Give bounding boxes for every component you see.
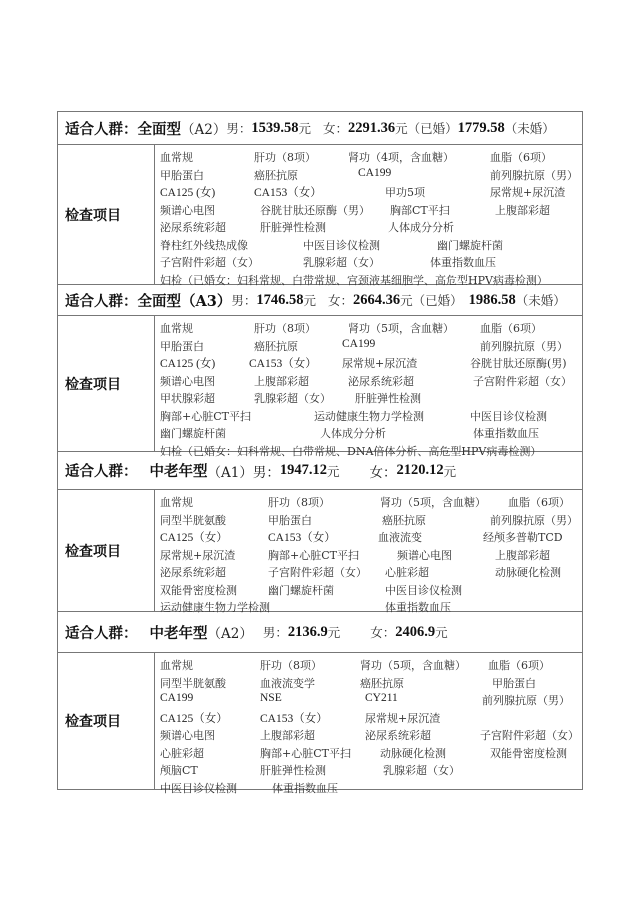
female-label: 女：	[328, 291, 353, 309]
item: CY211	[365, 692, 398, 704]
items-line: 脊柱红外线热成像中医目诊仪检测幽门螺旋杆菌	[160, 235, 582, 253]
item: 乳腺彩超（女）	[383, 762, 460, 778]
item: 子宫附件彩超（女）	[268, 564, 367, 580]
items-line: 甲胎蛋白癌胚抗原CA199前列腺抗原（男）	[160, 336, 582, 354]
male-label: 男：	[231, 291, 256, 309]
package-header-senior-a2: 适合人群： 中老年型 （A2） 男： 2136.9 元 女： 2406.9 元	[58, 612, 582, 653]
items-label: 检查项目	[58, 145, 155, 284]
item: 颅脑CT	[160, 762, 198, 778]
item: 尿常规+尿沉渣	[160, 547, 235, 563]
item: CA153（女）	[254, 184, 322, 200]
item: CA199	[160, 692, 193, 704]
items-line: 子宫附件彩超（女）乳腺彩超（女）体重指数血压	[160, 252, 582, 270]
items-line: 同型半胱氨酸血液流变学癌胚抗原甲胎蛋白	[160, 673, 582, 691]
female-price-married: 2291.36	[348, 120, 395, 137]
item: 上腹部彩超	[254, 373, 309, 389]
items-line: 中医目诊仪检测体重指数血压	[160, 778, 582, 796]
items-line: CA125（女）CA153（女）血液流变经颅多普勒TCD	[160, 527, 582, 545]
items-line: 血常规肝功（8项）肾功（5项，含血糖）血脂（6项）	[160, 655, 582, 673]
item: CA125 (女)	[160, 184, 215, 200]
items-line: 颅脑CT肝脏弹性检测乳腺彩超（女）	[160, 760, 582, 778]
item: 谷胱甘肽还原酶(男)	[470, 355, 567, 371]
male-label: 男：	[253, 461, 280, 481]
item: 心脏彩超	[385, 564, 429, 580]
items-line: 泌尿系统彩超子宫附件彩超（女）心脏彩超动脉硬化检测	[160, 562, 582, 580]
items-label: 检查项目	[58, 490, 155, 611]
item: 乳腺彩超（女）	[254, 390, 331, 406]
package-code: （A2）	[208, 622, 253, 642]
item: 癌胚抗原	[254, 338, 298, 354]
item: 同型半胱氨酸	[160, 675, 226, 691]
unmarried-suffix: （未婚）	[505, 119, 555, 137]
item: 胸部+心脏CT平扫	[160, 408, 251, 424]
target-group-label: 适合人群：	[65, 460, 138, 481]
items-line: 双能骨密度检测幽门螺旋杆菌中医目诊仪检测	[160, 580, 582, 598]
item: 人体成分分析	[388, 219, 454, 235]
items-line: 尿常规+尿沉渣胸部+心脏CT平扫频谱心电图上腹部彩超	[160, 545, 582, 563]
item: 谷胱甘肽还原酶（男）	[260, 202, 370, 218]
item: 尿常规+尿沉渣	[365, 710, 440, 726]
item: 双能骨密度检测	[490, 745, 567, 761]
item: 甲胎蛋白	[160, 167, 204, 183]
male-label: 男：	[263, 623, 288, 641]
package-code: （A2）	[181, 118, 226, 138]
items-line: 妇检（已婚女：妇科常规、白带常规、DNA倍体分析、高危型HPV病毒检测）	[160, 441, 582, 459]
female-label: 女：	[323, 119, 348, 137]
item: 体重指数血压	[272, 780, 338, 796]
item: 脊柱红外线热成像	[160, 237, 248, 253]
item: 血常规	[160, 149, 193, 165]
price-unit: 元	[328, 623, 341, 641]
items-row-comprehensive-a3: 检查项目 血常规肝功（8项）肾功（5项，含血糖）血脂（6项） 甲胎蛋白癌胚抗原C…	[58, 316, 582, 452]
female-price: 2406.9	[395, 624, 435, 641]
item: 血常规	[160, 494, 193, 510]
item: 肾功（5项，含血糖）	[380, 494, 486, 510]
item: 肝脏弹性检测	[260, 219, 326, 235]
item: 血液流变学	[260, 675, 315, 691]
item: 肝功（8项）	[268, 494, 330, 510]
item: 运动健康生物力学检测	[160, 599, 270, 615]
item: 人体成分分析	[320, 425, 386, 441]
item: 幽门螺旋杆菌	[268, 582, 334, 598]
item: 频谱心电图	[160, 202, 215, 218]
item: 中医目诊仪检测	[385, 582, 462, 598]
package-name: 中老年型	[150, 622, 208, 643]
price-unit: 元	[444, 462, 457, 480]
item: 肾功（5项，含血糖）	[360, 657, 466, 673]
item: 胸部+心脏CT平扫	[268, 547, 359, 563]
items-line: 甲状腺彩超乳腺彩超（女）肝脏弹性检测	[160, 388, 582, 406]
items-line: 同型半胱氨酸甲胎蛋白癌胚抗原前列腺抗原（男）	[160, 510, 582, 528]
item: CA153（女）	[260, 710, 328, 726]
item: 肝脏弹性检测	[355, 390, 421, 406]
items-label: 检查项目	[58, 316, 155, 451]
item: 泌尿系统彩超	[348, 373, 414, 389]
items-row-senior-a2: 检查项目 血常规肝功（8项）肾功（5项，含血糖）血脂（6项） 同型半胱氨酸血液流…	[58, 653, 582, 790]
items-line: 泌尿系统彩超肝脏弹性检测人体成分分析	[160, 217, 582, 235]
item: 前列腺抗原（男）	[482, 692, 570, 708]
item: 尿常规+尿沉渣	[490, 184, 565, 200]
items-line: 幽门螺旋杆菌人体成分分析体重指数血压	[160, 423, 582, 441]
items-line: CA199NSECY211前列腺抗原（男）	[160, 690, 582, 708]
item: 肾功（4项，含血糖）	[348, 149, 454, 165]
items-line: CA125 (女)CA153（女）甲功5项尿常规+尿沉渣	[160, 182, 582, 200]
item: 胸部+心脏CT平扫	[260, 745, 351, 761]
item: 子宫附件彩超（女）	[160, 254, 259, 270]
item: NSE	[260, 692, 282, 704]
items-line: CA125 (女)CA153（女）尿常规+尿沉渣谷胱甘肽还原酶(男)	[160, 353, 582, 371]
package-name: 全面型	[138, 118, 182, 139]
item: 乳腺彩超（女）	[303, 254, 380, 270]
item: 胸部CT平扫	[390, 202, 450, 218]
target-group-label: 适合人群：	[65, 622, 138, 643]
item: 体重指数血压	[473, 425, 539, 441]
female-price-unmarried: 1779.58	[458, 120, 505, 137]
item: CA125 (女)	[160, 355, 215, 371]
items-line: 胸部+心脏CT平扫运动健康生物力学检测中医目诊仪检测	[160, 406, 582, 424]
package-name: 中老年型	[150, 460, 208, 481]
male-price: 1947.12	[280, 462, 327, 479]
item: 泌尿系统彩超	[160, 219, 226, 235]
items-row-senior-a1: 检查项目 血常规肝功（8项）肾功（5项，含血糖）血脂（6项） 同型半胱氨酸甲胎蛋…	[58, 490, 582, 612]
item: 甲胎蛋白	[492, 675, 536, 691]
items-line: 频谱心电图上腹部彩超泌尿系统彩超子宫附件彩超（女）	[160, 371, 582, 389]
item: 肝功（8项）	[254, 320, 316, 336]
item: 血液流变	[378, 529, 422, 545]
items-list: 血常规肝功（8项）肾功（5项，含血糖）血脂（6项） 同型半胱氨酸甲胎蛋白癌胚抗原…	[155, 490, 582, 611]
items-line: 妇检（已婚女：妇科常规、白带常规、宫颈液基细胞学、高危型HPV病毒检测）	[160, 270, 582, 288]
items-list: 血常规肝功（8项）肾功（4项，含血糖）血脂（6项） 甲胎蛋白癌胚抗原CA199前…	[155, 145, 582, 284]
package-header-comprehensive-a3: 适合人群： 全面型（A3） 男： 1746.58 元 女： 2664.36 元（…	[58, 285, 582, 316]
item: 癌胚抗原	[382, 512, 426, 528]
female-label: 女：	[370, 623, 395, 641]
item: 中医目诊仪检测	[303, 237, 380, 253]
male-price: 2136.9	[288, 624, 328, 641]
item: 频谱心电图	[160, 373, 215, 389]
item: 血脂（6项）	[480, 320, 542, 336]
male-price: 1746.58	[256, 292, 303, 309]
item: 血常规	[160, 320, 193, 336]
item: 甲胎蛋白	[268, 512, 312, 528]
items-line: 心脏彩超胸部+心脏CT平扫动脉硬化检测双能骨密度检测	[160, 743, 582, 761]
item: 甲功5项	[385, 184, 425, 200]
item: 运动健康生物力学检测	[314, 408, 424, 424]
item: 妇检（已婚女：妇科常规、白带常规、DNA倍体分析、高危型HPV病毒检测）	[160, 443, 541, 459]
item: 甲状腺彩超	[160, 390, 215, 406]
item: 尿常规+尿沉渣	[342, 355, 417, 371]
item: 前列腺抗原（男）	[490, 512, 578, 528]
items-label: 检查项目	[58, 653, 155, 789]
item: 心脏彩超	[160, 745, 204, 761]
item: 肝脏弹性检测	[260, 762, 326, 778]
item: 频谱心电图	[160, 727, 215, 743]
items-line: 运动健康生物力学检测体重指数血压	[160, 597, 582, 615]
female-label: 女：	[369, 461, 396, 481]
item: 甲胎蛋白	[160, 338, 204, 354]
target-group-label: 适合人群：	[65, 290, 138, 311]
items-line: CA125（女）CA153（女）尿常规+尿沉渣	[160, 708, 582, 726]
items-line: 甲胎蛋白癌胚抗原CA199前列腺抗原（男）	[160, 165, 582, 183]
item: CA199	[342, 338, 375, 350]
item: 中医目诊仪检测	[470, 408, 547, 424]
female-price: 2120.12	[396, 462, 443, 479]
married-suffix: 元（已婚）	[400, 291, 463, 309]
unmarried-suffix: （未婚）	[516, 291, 566, 309]
item: 肾功（5项，含血糖）	[348, 320, 454, 336]
item: 肝功（8项）	[254, 149, 316, 165]
female-price-married: 2664.36	[353, 292, 400, 309]
item: 中医目诊仪检测	[160, 780, 237, 796]
items-line: 频谱心电图上腹部彩超泌尿系统彩超子宫附件彩超（女）	[160, 725, 582, 743]
items-line: 血常规肝功（8项）肾功（5项，含血糖）血脂（6项）	[160, 318, 582, 336]
item: 前列腺抗原（男）	[480, 338, 568, 354]
item: 子宫附件彩超（女）	[480, 727, 579, 743]
item: 子宫附件彩超（女）	[473, 373, 572, 389]
items-row-comprehensive-a2: 检查项目 血常规肝功（8项）肾功（4项，含血糖）血脂（6项） 甲胎蛋白癌胚抗原C…	[58, 145, 582, 285]
items-line: 频谱心电图谷胱甘肽还原酶（男）胸部CT平扫上腹部彩超	[160, 200, 582, 218]
price-unit: 元	[298, 119, 311, 137]
target-group-label: 适合人群：	[65, 118, 138, 139]
item: 双能骨密度检测	[160, 582, 237, 598]
item: 上腹部彩超	[260, 727, 315, 743]
items-list: 血常规肝功（8项）肾功（5项，含血糖）血脂（6项） 同型半胱氨酸血液流变学癌胚抗…	[155, 653, 582, 789]
item: 肝功（8项）	[260, 657, 322, 673]
checkup-package-table: 适合人群： 全面型 （A2） 男： 1539.58 元 女： 2291.36 元…	[57, 111, 583, 790]
item: 前列腺抗原（男）	[490, 167, 578, 183]
item: 癌胚抗原	[254, 167, 298, 183]
item: 血脂（6项）	[490, 149, 552, 165]
item: 幽门螺旋杆菌	[437, 237, 503, 253]
item: 妇检（已婚女：妇科常规、白带常规、宫颈液基细胞学、高危型HPV病毒检测）	[160, 272, 548, 288]
item: 幽门螺旋杆菌	[160, 425, 226, 441]
item: 频谱心电图	[397, 547, 452, 563]
package-header-comprehensive-a2: 适合人群： 全面型 （A2） 男： 1539.58 元 女： 2291.36 元…	[58, 112, 582, 145]
item: 血常规	[160, 657, 193, 673]
item: CA125（女）	[160, 529, 228, 545]
items-line: 血常规肝功（8项）肾功（4项，含血糖）血脂（6项）	[160, 147, 582, 165]
item: 动脉硬化检测	[380, 745, 446, 761]
item: 上腹部彩超	[495, 547, 550, 563]
male-label: 男：	[226, 119, 251, 137]
item: 癌胚抗原	[360, 675, 404, 691]
item: 同型半胱氨酸	[160, 512, 226, 528]
married-suffix: 元（已婚）	[395, 119, 458, 137]
male-price: 1539.58	[251, 120, 298, 137]
price-unit: 元	[435, 623, 448, 641]
price-unit: 元	[303, 291, 316, 309]
item: CA153（女）	[268, 529, 336, 545]
package-code: （A1）	[208, 461, 253, 481]
item: 泌尿系统彩超	[365, 727, 431, 743]
package-name: 全面型（A3）	[138, 290, 232, 311]
item: 血脂（6项）	[488, 657, 550, 673]
price-unit: 元	[327, 462, 340, 480]
item: 动脉硬化检测	[495, 564, 561, 580]
item: 体重指数血压	[385, 599, 451, 615]
item: 泌尿系统彩超	[160, 564, 226, 580]
item: 体重指数血压	[430, 254, 496, 270]
item: CA199	[358, 167, 391, 179]
items-list: 血常规肝功（8项）肾功（5项，含血糖）血脂（6项） 甲胎蛋白癌胚抗原CA199前…	[155, 316, 582, 451]
items-line: 血常规肝功（8项）肾功（5项，含血糖）血脂（6项）	[160, 492, 582, 510]
item: 经颅多普勒TCD	[483, 529, 563, 545]
item: 上腹部彩超	[495, 202, 550, 218]
female-price-unmarried: 1986.58	[469, 292, 516, 309]
item: 血脂（6项）	[508, 494, 570, 510]
item: CA125（女）	[160, 710, 228, 726]
item: CA153（女）	[249, 355, 317, 371]
